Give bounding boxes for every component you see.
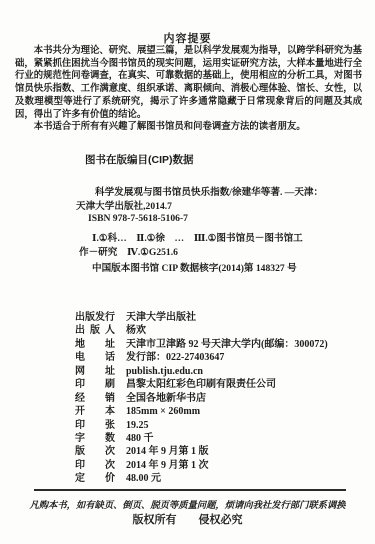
colophon-row-publisher-person: 出版人 杨欢: [75, 321, 365, 334]
book-copyright-page: 内容提要 本书共分为理论、研究、展望三篇，是以科学发展观为指导，以跨学科研究为基…: [0, 0, 375, 544]
colophon-row-format: 开本 185mm × 260mm: [75, 402, 365, 415]
cip-heading: 图书在版编目(CIP)数据: [85, 152, 194, 167]
cip-classification-line-1: Ⅰ.①科… Ⅱ.①徐 … Ⅲ.①图书馆员－图书馆工: [92, 230, 303, 244]
colophon-label: 定价: [75, 469, 115, 484]
colophon-value: 全国各地新华书店: [126, 389, 206, 404]
colophon-row-distributor: 经销 全国各地新华书店: [75, 389, 365, 402]
summary-paragraph-2: 本书适合于所有有兴趣了解图书馆员和问卷调查方法的读者朋友。: [15, 121, 362, 134]
cip-isbn: ISBN 978-7-5618-5106-7: [88, 213, 188, 224]
quality-exchange-notice: 凡购本书，如有缺页、倒页、脱页等质量问题，烦请向我社发行部门联系调换: [0, 497, 375, 511]
cip-title-line-1: 科学发展观与图书馆员快乐指数/徐建华等著. —天津：: [95, 184, 323, 198]
colophon-row-printer: 印刷 昌黎太阳红彩色印刷有限责任公司: [75, 375, 365, 388]
summary-body: 本书共分为理论、研究、展望三篇，是以科学发展观为指导，以跨学科研究为基础，紧紧抓…: [15, 45, 362, 134]
colophon-row-edition: 版次 2014 年 9 月第 1 版: [75, 442, 365, 455]
colophon-row-printing: 印次 2014 年 9 月第 1 次: [75, 456, 365, 469]
footer-divider: [34, 489, 346, 491]
colophon-value: 48.00 元: [126, 469, 161, 484]
colophon-row-price: 定价 48.00 元: [75, 469, 365, 482]
colophon-value: 发行部：022-27403647: [126, 348, 224, 363]
colophon-row-sheets: 印张 19.25: [75, 416, 365, 429]
colophon-row-wordcount: 字数 480 千: [75, 429, 365, 442]
colophon-value: 185mm × 260mm: [126, 406, 200, 417]
colophon-row-publisher: 出版发行 天津大学出版社: [75, 308, 365, 321]
cip-title-line-2: 天津大学出版社,2014.7: [76, 198, 172, 212]
copyright-statement: 版权所有 侵权必究: [0, 511, 375, 527]
summary-paragraph-1: 本书共分为理论、研究、展望三篇，是以科学发展观为指导，以跨学科研究为基础，紧紧抓…: [15, 45, 362, 121]
colophon-row-phone: 电话 发行部：022-27403647: [75, 348, 365, 361]
cip-classification-line-2: 作－研究 Ⅳ.①G251.6: [79, 244, 178, 258]
cip-record-number: 中国版本图书馆 CIP 数据核字(2014)第 148327 号: [92, 260, 297, 274]
colophon-row-address: 地址 天津市卫津路 92 号天津大学内(邮编：300072): [75, 335, 365, 348]
colophon-list: 出版发行 天津大学出版社 出版人 杨欢 地址 天津市卫津路 92 号天津大学内(…: [75, 308, 365, 483]
summary-title: 内容提要: [0, 30, 375, 46]
colophon-row-website: 网址 publish.tju.edu.cn: [75, 362, 365, 375]
